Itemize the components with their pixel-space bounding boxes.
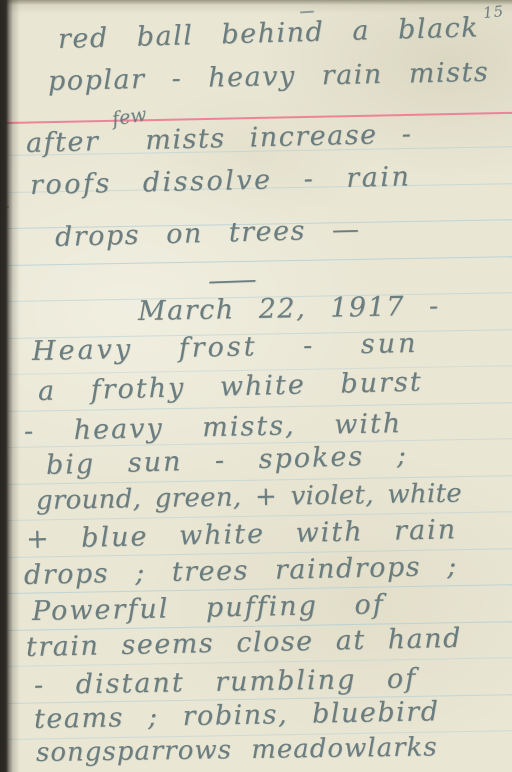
manuscript-line: + blue white with rain bbox=[26, 514, 458, 555]
page-edge-top bbox=[0, 0, 512, 5]
manuscript-word: after bbox=[26, 126, 100, 159]
manuscript-line: ground, green, + violet, white bbox=[36, 479, 463, 516]
manuscript-line: drops on trees — bbox=[55, 214, 361, 253]
manuscript-line: poplar - heavy rain mists bbox=[48, 57, 490, 97]
manuscript-date-heading: March 22, 1917 - bbox=[138, 291, 440, 327]
manuscript-line: - distant rumbling of bbox=[34, 663, 418, 701]
stray-mark bbox=[300, 11, 314, 14]
manuscript-line: aftermists increase - bbox=[26, 119, 413, 159]
manuscript-line: Powerful puffing of bbox=[32, 589, 385, 627]
page-edge-left bbox=[0, 0, 20, 772]
manuscript-line: Heavy frost - sun bbox=[32, 328, 419, 367]
manuscript-line: songsparrows meadowlarks bbox=[36, 732, 438, 768]
notebook-page: 15 red ball behind a black poplar - heav… bbox=[0, 0, 512, 772]
manuscript-line: roofs dissolve - rain bbox=[30, 161, 412, 201]
section-separator: — bbox=[206, 262, 258, 297]
manuscript-line: red ball behind a black bbox=[58, 12, 480, 55]
manuscript-line: drops ; trees raindrops ; bbox=[24, 551, 458, 591]
ruled-line bbox=[8, 256, 512, 266]
page-number: 15 bbox=[482, 2, 505, 22]
manuscript-line: teams ; robins, bluebird bbox=[34, 696, 440, 735]
manuscript-word: mists increase - bbox=[145, 119, 413, 157]
